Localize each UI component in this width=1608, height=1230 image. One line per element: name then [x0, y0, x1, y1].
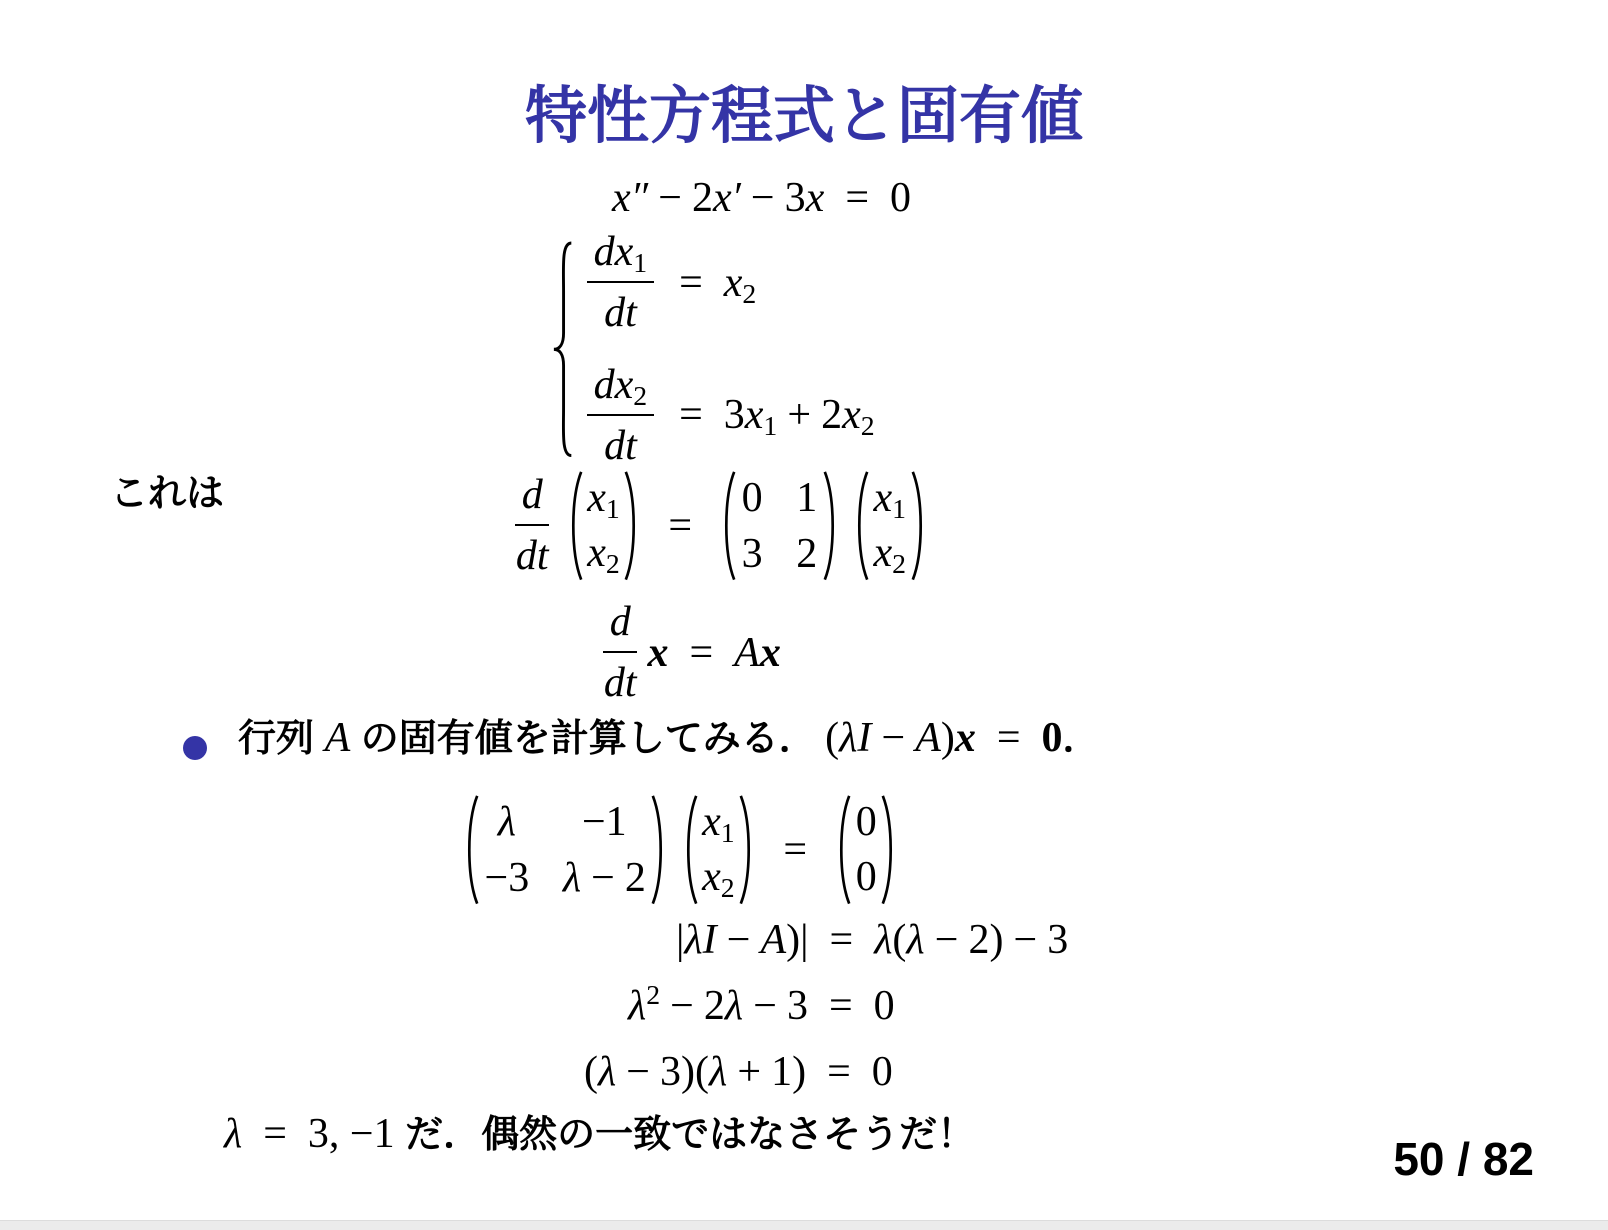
matrix-cell: 0 — [742, 474, 763, 522]
denominator: dt — [597, 283, 643, 339]
math-token: の固有値を計算してみる． — [350, 718, 817, 760]
math-run: 0 — [742, 474, 763, 522]
math-token: x′ — [713, 175, 741, 221]
math-token: 2 — [821, 392, 842, 438]
vector-row: x2 — [873, 529, 906, 577]
math-token: d — [610, 599, 631, 645]
math-token: ( — [892, 917, 906, 963]
paren-right-icon — [622, 468, 643, 584]
math-token: 1) — [771, 1049, 806, 1095]
vector-row: 0 — [856, 853, 877, 901]
math-token: 0 — [874, 983, 895, 1029]
math-token: − — [925, 917, 969, 963]
math-token: x — [587, 475, 606, 521]
paren-left-icon — [850, 468, 871, 584]
math-token: 1 — [892, 493, 906, 524]
math-token: 3 — [1047, 917, 1068, 963]
equation-factored: (λ−3)(λ+1)=0 — [584, 1046, 893, 1099]
math-token: x″ — [612, 175, 648, 221]
matrix-body: 0132 — [742, 474, 818, 578]
math-token: dt — [604, 423, 637, 469]
matrix-body: λ−1−3λ−2 — [485, 798, 646, 902]
math-token: ( — [825, 715, 839, 761]
bullet-icon — [183, 736, 207, 760]
matrix-cell: 3 — [742, 530, 763, 578]
math-token: x — [842, 392, 861, 438]
cases-row: dx2dt=3x1+2x2 — [583, 359, 875, 473]
matrix-cell: λ — [498, 798, 516, 846]
page-number: 50 / 82 — [1393, 1132, 1534, 1186]
math-run: x2 — [587, 529, 620, 577]
vector-row: x2 — [587, 529, 620, 577]
vector-row: x1 — [702, 798, 735, 846]
math-run: dx1 — [594, 226, 648, 279]
cases-row: dx1dt=x2 — [583, 226, 875, 340]
math-run: (λ−3)(λ+1)=0 — [584, 1046, 893, 1099]
math-run: λ2−2λ−3=0 — [628, 980, 895, 1033]
math-token: λ — [498, 799, 516, 845]
math-token: − — [648, 175, 692, 221]
math-run: dt — [604, 287, 637, 340]
math-token: −3 — [485, 855, 530, 901]
math-token: 行列 — [238, 718, 325, 760]
conclusion-text: λ=3, −1 だ．偶然の一致ではなさそうだ！ — [224, 1108, 975, 1161]
math-token: λ — [224, 1111, 242, 1157]
math-token: 2 — [625, 855, 646, 901]
math-token: だ．偶然の一致ではなさそうだ！ — [395, 1114, 976, 1156]
equation-matrix-form: ddtx1x2=0132x1x2 — [505, 468, 934, 584]
math-run: 1 — [796, 474, 817, 522]
math-run: d — [610, 596, 631, 649]
fraction: dx1dt — [587, 226, 654, 340]
math-token: = — [762, 827, 828, 873]
math-token: 1 — [763, 410, 777, 441]
math-run: dt — [604, 420, 637, 473]
equation-ode-system: dx1dt=x2dx2dt=3x1+2x2 — [550, 226, 875, 472]
math-run: = — [762, 824, 828, 877]
math-run: =3x1+2x2 — [658, 389, 875, 442]
math-token: = — [809, 917, 875, 963]
column-vector: 00 — [832, 792, 900, 908]
paren-left-icon — [717, 468, 738, 584]
math-token: A — [915, 715, 941, 761]
bullet-eigenvalue-text: 行列 A の固有値を計算してみる．(λI−A)x=0． — [238, 712, 1101, 765]
math-token: 0 — [890, 175, 911, 221]
math-token: x — [702, 799, 721, 845]
math-token: = — [658, 260, 724, 306]
math-token: λ — [906, 917, 924, 963]
math-token: x — [745, 392, 764, 438]
math-run: x″−2x′−3x=0 — [612, 172, 911, 225]
matrix-body: 00 — [856, 798, 877, 901]
math-token: x — [724, 260, 743, 306]
math-token: − — [871, 715, 915, 761]
math-token: d — [522, 472, 543, 518]
math-token: dt — [516, 533, 549, 579]
paren-right-icon — [909, 468, 930, 584]
math-run: x=Ax — [647, 627, 780, 680]
equation-quadratic: λ2−2λ−3=0 — [628, 980, 895, 1033]
math-token: −1 — [582, 799, 627, 845]
math-token: x — [587, 530, 606, 576]
math-run: = — [647, 500, 713, 553]
numerator: dx1 — [587, 226, 654, 283]
math-token: λI — [839, 715, 871, 761]
fraction: ddt — [509, 469, 555, 583]
math-token: x — [702, 854, 721, 900]
math-run: 行列 A の固有値を計算してみる．(λI−A)x=0． — [238, 712, 1101, 765]
column-vector: x1x2 — [564, 468, 644, 584]
math-token: 2 — [633, 380, 647, 411]
math-token: 0 — [1042, 715, 1063, 761]
math-run: dt — [604, 657, 637, 710]
math-run: d — [522, 469, 543, 522]
math-run: 0 — [856, 798, 877, 846]
matrix-cell: 1 — [796, 474, 817, 522]
math-token: ) — [941, 715, 955, 761]
column-vector: x1x2 — [850, 468, 930, 584]
math-token: ( — [584, 1049, 598, 1095]
math-token: ． — [1063, 718, 1101, 760]
math-token: λ — [563, 855, 581, 901]
denominator: dt — [597, 416, 643, 472]
paren-left-icon — [564, 468, 585, 584]
math-token: A — [734, 630, 760, 676]
math-token: λ — [725, 983, 743, 1029]
math-token: A — [760, 917, 786, 963]
slide: { "slide": { "title": "特性方程式と固有値", "labe… — [0, 0, 1608, 1230]
math-token: = — [658, 392, 724, 438]
bottom-strip — [0, 1220, 1608, 1230]
brace-left-icon — [550, 238, 575, 461]
math-run: dx2 — [594, 359, 648, 412]
math-token: 2) — [968, 917, 1003, 963]
vector-row: 0 — [856, 798, 877, 846]
math-token: = — [976, 715, 1042, 761]
denominator: dt — [509, 526, 555, 582]
paren-left-icon — [460, 792, 481, 908]
math-token: 2 — [742, 278, 756, 309]
matrix-cell: −1 — [582, 798, 627, 846]
math-token: 3 — [724, 392, 745, 438]
math-run: x1 — [702, 798, 735, 846]
math-token: x — [873, 475, 892, 521]
math-token: − — [717, 917, 761, 963]
vector-row: x2 — [702, 853, 735, 901]
paren-right-icon — [879, 792, 900, 908]
math-token: 2 — [861, 410, 875, 441]
math-token: 1 — [606, 493, 620, 524]
matrix-body: x1x2 — [702, 798, 735, 901]
math-run: 2 — [796, 530, 817, 578]
math-token: dx — [594, 362, 634, 408]
math-token: x — [806, 175, 825, 221]
math-token: − — [1003, 917, 1047, 963]
matrix-cell: 2 — [796, 530, 817, 578]
math-run: x2 — [873, 529, 906, 577]
math-run: x1 — [587, 474, 620, 522]
math-run: |λI−A)|=λ(λ−2)−3 — [676, 914, 1068, 967]
math-token: dt — [604, 290, 637, 336]
matrix-body: x1x2 — [873, 474, 906, 577]
vector-row: x1 — [587, 474, 620, 522]
math-run: x2 — [702, 853, 735, 901]
math-token: 3)( — [660, 1049, 709, 1095]
math-token: 0 — [872, 1049, 893, 1095]
equation-determinant: |λI−A)|=λ(λ−2)−3 — [676, 914, 1068, 967]
math-token: 2 — [796, 531, 817, 577]
math-token: λ — [709, 1049, 727, 1095]
math-token: = — [806, 1049, 872, 1095]
numerator: d — [515, 469, 549, 526]
math-run: λ=3, −1 だ．偶然の一致ではなさそうだ！ — [224, 1108, 975, 1161]
math-run: dt — [516, 530, 549, 583]
math-token: 3 — [742, 531, 763, 577]
math-token: = — [808, 983, 874, 1029]
paren-right-icon — [649, 792, 670, 908]
math-token: 2 — [721, 872, 735, 903]
math-token: λ — [598, 1049, 616, 1095]
math-token: 1 — [633, 247, 647, 278]
math-token: 1 — [796, 475, 817, 521]
math-token: 0 — [856, 854, 877, 900]
math-run: =x2 — [658, 257, 756, 310]
math-run: 3 — [742, 530, 763, 578]
math-run: x1 — [873, 474, 906, 522]
math-token: = — [242, 1111, 308, 1157]
math-token: − — [660, 983, 704, 1029]
matrix-cell: −3 — [485, 854, 530, 902]
math-token: 2 — [646, 979, 660, 1010]
slide-title: 特性方程式と固有値 — [0, 66, 1608, 155]
numerator: d — [603, 596, 637, 653]
math-token: 2 — [704, 983, 725, 1029]
paren-right-icon — [737, 792, 758, 908]
math-token: )| — [786, 917, 808, 963]
math-run: λ−2 — [563, 854, 646, 902]
math-token: λI — [684, 917, 716, 963]
math-token: 3 — [785, 175, 806, 221]
vector-row: x1 — [873, 474, 906, 522]
cases-system: dx1dt=x2dx2dt=3x1+2x2 — [550, 226, 875, 472]
label-korewa: これは — [110, 462, 224, 517]
math-token: 0 — [742, 475, 763, 521]
paren-left-icon — [679, 792, 700, 908]
math-run: −3 — [485, 854, 530, 902]
math-token: λ — [874, 917, 892, 963]
column-vector: x1x2 — [679, 792, 759, 908]
math-token: dx — [594, 229, 634, 275]
math-token: 3 — [787, 983, 808, 1029]
math-token: x — [760, 630, 781, 676]
math-token: dt — [604, 660, 637, 706]
math-token: = — [668, 630, 734, 676]
math-token: − — [581, 855, 625, 901]
math-token: x — [873, 530, 892, 576]
math-token: x — [647, 630, 668, 676]
matrix-cell: λ−2 — [563, 854, 646, 902]
matrix: λ−1−3λ−2 — [460, 792, 670, 908]
cases-rows: dx1dt=x2dx2dt=3x1+2x2 — [583, 226, 875, 472]
math-token: A — [325, 715, 351, 761]
math-token: + — [777, 392, 821, 438]
numerator: dx2 — [587, 359, 654, 416]
equation-second-order-ode: x″−2x′−3x=0 — [612, 172, 911, 225]
paren-right-icon — [821, 468, 842, 584]
math-token: 0 — [856, 799, 877, 845]
fraction: dx2dt — [587, 359, 654, 473]
math-token: − — [743, 983, 787, 1029]
math-token: λ — [628, 983, 646, 1029]
denominator: dt — [597, 653, 643, 709]
math-token: + — [727, 1049, 771, 1095]
math-token: − — [741, 175, 785, 221]
math-token: 3, −1 — [308, 1111, 395, 1157]
math-token: 2 — [692, 175, 713, 221]
paren-left-icon — [832, 792, 853, 908]
math-token: = — [824, 175, 890, 221]
equation-vector-form: ddtx=Ax — [593, 596, 781, 710]
math-token: 2 — [892, 548, 906, 579]
math-run: λ — [498, 798, 516, 846]
matrix: 0132 — [717, 468, 841, 584]
math-run: −1 — [582, 798, 627, 846]
fraction: ddt — [597, 596, 643, 710]
math-run: 0 — [856, 853, 877, 901]
matrix-body: x1x2 — [587, 474, 620, 577]
math-token: 1 — [721, 817, 735, 848]
math-token: = — [647, 503, 713, 549]
math-token: x — [955, 715, 976, 761]
math-token: 2 — [606, 548, 620, 579]
equation-eigen-system: λ−1−3λ−2x1x2=00 — [456, 792, 904, 908]
math-token: − — [616, 1049, 660, 1095]
